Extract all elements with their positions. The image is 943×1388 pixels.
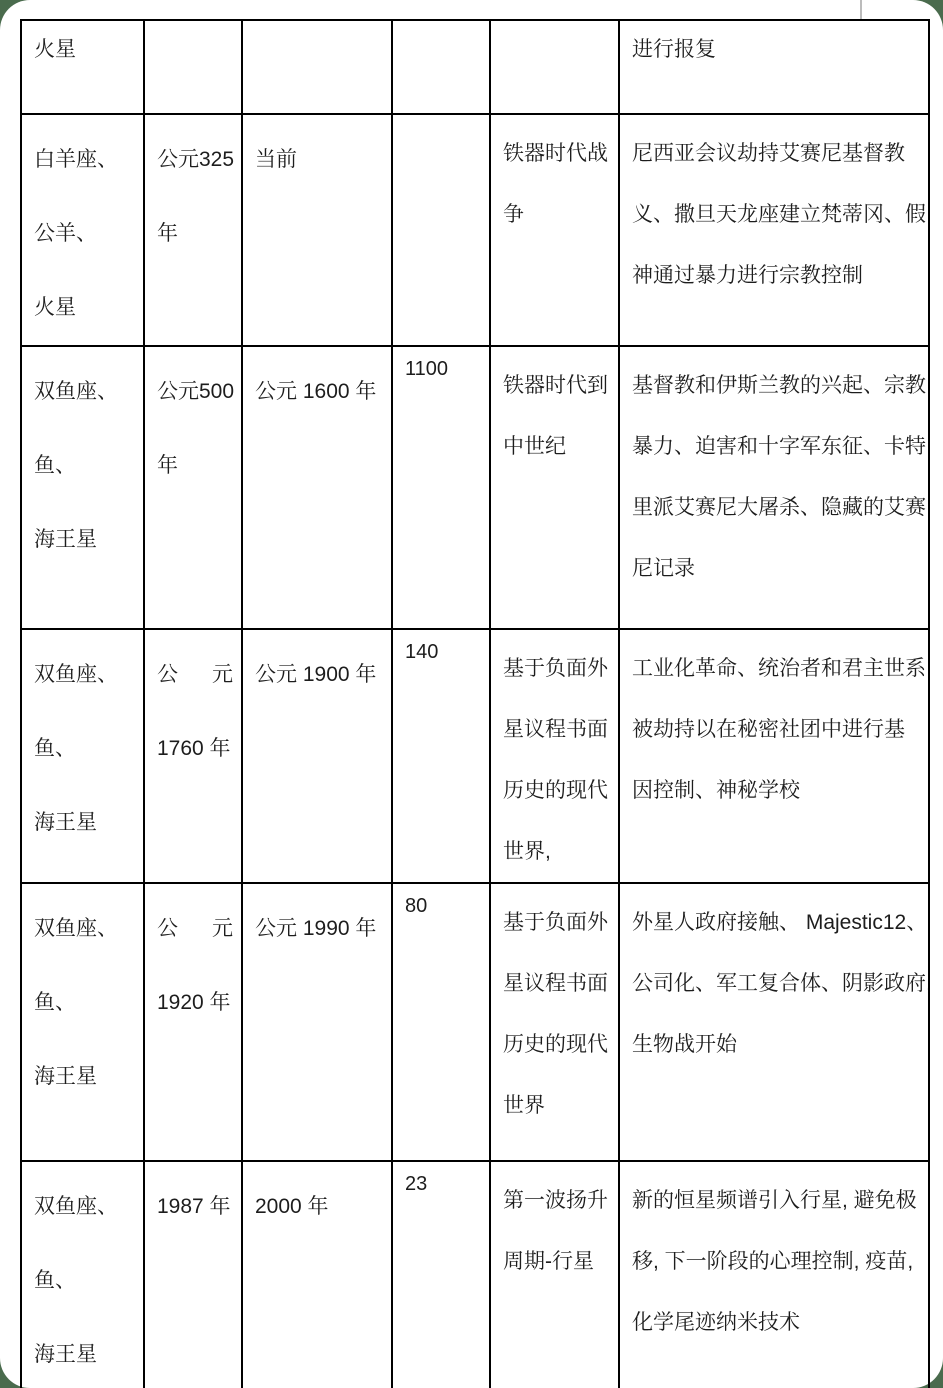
cell-line: 23	[405, 1168, 481, 1200]
cell-line: 化学尾迹纳米技术	[632, 1292, 920, 1353]
table-cell-r1c0: 白羊座、公羊、火星	[21, 114, 144, 346]
table-cell-r0c4	[490, 20, 619, 114]
table-cell-r5c0: 双鱼座、鱼、海王星	[21, 1161, 144, 1388]
cell-line: 因控制、神秘学校	[632, 760, 920, 821]
cell-line: 新的恒星频谱引入行星, 避免极	[632, 1170, 920, 1231]
cell-line: 星议程书面	[503, 699, 610, 760]
cell-line: 鱼、	[34, 1244, 135, 1318]
table-cell-r5c5: 新的恒星频谱引入行星, 避免极移, 下一阶段的心理控制, 疫苗,化学尾迹纳米技术	[619, 1161, 929, 1388]
astrology-timeline-table: 火星进行报复白羊座、公羊、火星公元325年当前铁器时代战争尼西亚会议劫持艾赛尼基…	[20, 19, 930, 1388]
cell-line: 公 元	[157, 638, 233, 712]
cell-line: 生物战开始	[632, 1014, 920, 1075]
table-cell-r3c4: 基于负面外星议程书面历史的现代世界,	[490, 629, 619, 883]
cell-line: 尼记录	[632, 538, 920, 599]
cell-line: 1920 年	[157, 966, 233, 1040]
cell-line: 里派艾赛尼大屠杀、隐藏的艾赛	[632, 477, 920, 538]
table-cell-r1c5: 尼西亚会议劫持艾赛尼基督教义、撒旦天龙座建立梵蒂冈、假神通过暴力进行宗教控制	[619, 114, 929, 346]
table-row: 火星进行报复	[21, 20, 929, 114]
cell-line: 公羊、	[34, 197, 135, 271]
cell-line: 当前	[255, 123, 383, 197]
table-cell-r0c0: 火星	[21, 20, 144, 114]
cell-line: 周期-行星	[503, 1231, 610, 1292]
cell-line: 神通过暴力进行宗教控制	[632, 245, 920, 306]
table-cell-r5c1: 1987 年	[144, 1161, 242, 1388]
cell-line: 中世纪	[503, 416, 610, 477]
table-row: 双鱼座、鱼、海王星1987 年2000 年23第一波扬升周期-行星新的恒星频谱引…	[21, 1161, 929, 1388]
table-cell-r1c1: 公元325年	[144, 114, 242, 346]
cell-line: 星议程书面	[503, 953, 610, 1014]
cell-line: 基于负面外	[503, 892, 610, 953]
table-cell-r2c0: 双鱼座、鱼、海王星	[21, 346, 144, 629]
table-cell-r5c4: 第一波扬升周期-行星	[490, 1161, 619, 1388]
cell-line: 1760 年	[157, 712, 233, 786]
table-body: 火星进行报复白羊座、公羊、火星公元325年当前铁器时代战争尼西亚会议劫持艾赛尼基…	[21, 20, 929, 1388]
cell-line: 外星人政府接触、 Majestic12、	[632, 892, 920, 953]
table-cell-r5c3: 23	[392, 1161, 490, 1388]
cell-line: 被劫持以在秘密社团中进行基	[632, 699, 920, 760]
table-cell-r5c2: 2000 年	[242, 1161, 392, 1388]
cell-line: 双鱼座、	[34, 638, 135, 712]
table-cell-r1c2: 当前	[242, 114, 392, 346]
cell-line: 鱼、	[34, 966, 135, 1040]
table-cell-r4c1: 公 元1920 年	[144, 883, 242, 1161]
cell-line: 年	[157, 197, 233, 271]
cell-line: 火星	[34, 271, 135, 345]
cell-line: 140	[405, 636, 481, 668]
table-cell-r3c3: 140	[392, 629, 490, 883]
table-cell-r1c4: 铁器时代战争	[490, 114, 619, 346]
table-cell-r3c0: 双鱼座、鱼、海王星	[21, 629, 144, 883]
cell-line: 公元500	[157, 355, 233, 429]
cell-line: 海王星	[34, 1318, 135, 1388]
cell-line: 工业化革命、统治者和君主世系	[632, 638, 920, 699]
cell-line: 1987 年	[157, 1170, 233, 1244]
cell-line: 历史的现代	[503, 1014, 610, 1075]
table-cell-r2c4: 铁器时代到中世纪	[490, 346, 619, 629]
table-cell-r0c3	[392, 20, 490, 114]
table-cell-r0c2	[242, 20, 392, 114]
cell-line: 历史的现代	[503, 760, 610, 821]
cell-line: 1100	[405, 353, 481, 385]
cell-line: 80	[405, 890, 481, 922]
cell-line: 基督教和伊斯兰教的兴起、宗教	[632, 355, 920, 416]
cell-line: 尼西亚会议劫持艾赛尼基督教	[632, 123, 920, 184]
cell-line: 公司化、军工复合体、阴影政府,	[632, 953, 920, 1014]
cell-line: 鱼、	[34, 712, 135, 786]
table-cell-r4c5: 外星人政府接触、 Majestic12、公司化、军工复合体、阴影政府,生物战开始	[619, 883, 929, 1161]
cell-line: 第一波扬升	[503, 1170, 610, 1231]
cell-line: 基于负面外	[503, 638, 610, 699]
cell-line: 争	[503, 184, 610, 245]
page-background: 火星进行报复白羊座、公羊、火星公元325年当前铁器时代战争尼西亚会议劫持艾赛尼基…	[0, 0, 943, 1388]
table-cell-r3c5: 工业化革命、统治者和君主世系被劫持以在秘密社团中进行基因控制、神秘学校	[619, 629, 929, 883]
ruling-artifact-vertical	[860, 0, 862, 20]
table-row: 双鱼座、鱼、海王星公元500年公元 1600 年1100铁器时代到中世纪基督教和…	[21, 346, 929, 629]
cell-line: 海王星	[34, 503, 135, 577]
cell-line: 双鱼座、	[34, 892, 135, 966]
cell-line: 双鱼座、	[34, 355, 135, 429]
table-cell-r1c3	[392, 114, 490, 346]
cell-line: 火星	[34, 21, 135, 79]
table-cell-r3c2: 公元 1900 年	[242, 629, 392, 883]
table-cell-r2c1: 公元500年	[144, 346, 242, 629]
table-cell-r2c3: 1100	[392, 346, 490, 629]
table-row: 双鱼座、鱼、海王星公 元1760 年公元 1900 年140基于负面外星议程书面…	[21, 629, 929, 883]
cell-line: 公元 1990 年	[255, 892, 383, 966]
table-cell-r3c1: 公 元1760 年	[144, 629, 242, 883]
cell-line: 海王星	[34, 786, 135, 860]
cell-line: 白羊座、	[34, 123, 135, 197]
cell-line: 世界	[503, 1075, 610, 1136]
table-row: 白羊座、公羊、火星公元325年当前铁器时代战争尼西亚会议劫持艾赛尼基督教义、撒旦…	[21, 114, 929, 346]
table-cell-r4c2: 公元 1990 年	[242, 883, 392, 1161]
table-cell-r0c1	[144, 20, 242, 114]
cell-line: 2000 年	[255, 1170, 383, 1244]
cell-line: 移, 下一阶段的心理控制, 疫苗,	[632, 1231, 920, 1292]
cell-line: 公 元	[157, 892, 233, 966]
cell-line: 铁器时代战	[503, 123, 610, 184]
cell-line: 公元 1600 年	[255, 355, 383, 429]
table-cell-r2c5: 基督教和伊斯兰教的兴起、宗教暴力、迫害和十字军东征、卡特里派艾赛尼大屠杀、隐藏的…	[619, 346, 929, 629]
cell-line: 世界,	[503, 821, 610, 882]
cell-line: 暴力、迫害和十字军东征、卡特	[632, 416, 920, 477]
cell-line: 公元325	[157, 123, 233, 197]
table-cell-r2c2: 公元 1600 年	[242, 346, 392, 629]
cell-line: 进行报复	[632, 21, 920, 79]
cell-line: 年	[157, 429, 233, 503]
table-cell-r0c5: 进行报复	[619, 20, 929, 114]
cell-line: 义、撒旦天龙座建立梵蒂冈、假	[632, 184, 920, 245]
cell-line: 公元 1900 年	[255, 638, 383, 712]
cell-line: 双鱼座、	[34, 1170, 135, 1244]
cell-line: 鱼、	[34, 429, 135, 503]
table-cell-r4c0: 双鱼座、鱼、海王星	[21, 883, 144, 1161]
cell-line: 海王星	[34, 1040, 135, 1114]
table-cell-r4c4: 基于负面外星议程书面历史的现代世界	[490, 883, 619, 1161]
cell-line: 铁器时代到	[503, 355, 610, 416]
table-row: 双鱼座、鱼、海王星公 元1920 年公元 1990 年80基于负面外星议程书面历…	[21, 883, 929, 1161]
document-sheet: 火星进行报复白羊座、公羊、火星公元325年当前铁器时代战争尼西亚会议劫持艾赛尼基…	[0, 0, 943, 1388]
table-cell-r4c3: 80	[392, 883, 490, 1161]
